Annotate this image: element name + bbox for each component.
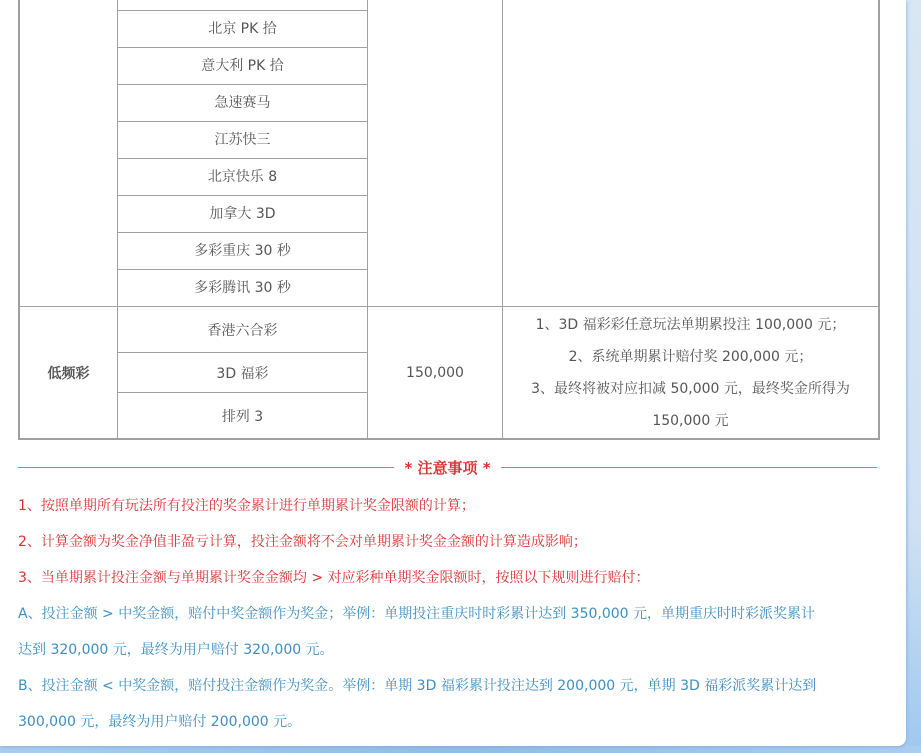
page-background-strip <box>908 0 921 753</box>
notice-item: 1、按照单期所有玩法所有投注的奖金累计进行单期累计奖金限额的计算； <box>18 488 888 524</box>
notice-list: 1、按照单期所有玩法所有投注的奖金累计进行单期累计奖金限额的计算； 2、计算金额… <box>18 488 888 740</box>
low-freq-category-cell: 低频彩 <box>19 307 118 440</box>
description-line: 2、系统单期累计赔付奖 200,000 元； <box>503 341 878 373</box>
description-line: 1、3D 福彩彩任意玩法单期累投注 100,000 元； <box>503 309 878 341</box>
game-cell: 北京快乐 8 <box>118 159 368 196</box>
notice-item: 300,000 元，最终为用户赔付 200,000 元。 <box>18 704 888 740</box>
description-line: 3、最终将被对应扣减 50,000 元，最终奖金所得为 <box>503 373 878 405</box>
notice-heading: * 注意事项 * <box>18 456 877 478</box>
table-row <box>19 0 879 11</box>
game-cell: 江苏快三 <box>118 122 368 159</box>
low-freq-limit-cell: 150,000 <box>368 307 503 440</box>
high-freq-description-cell <box>503 0 880 307</box>
game-cell: 加拿大 3D <box>118 196 368 233</box>
notice-item: B、投注金额 < 中奖金额，赔付投注金额作为奖金。举例：单期 3D 福彩累计投注… <box>18 668 888 704</box>
notice-item: 2、计算金额为奖金净值非盈亏计算，投注金额将不会对单期累计奖金金额的计算造成影响… <box>18 524 888 560</box>
notice-title: * 注意事项 * <box>394 457 500 478</box>
game-cell: 多彩腾讯 30 秒 <box>118 270 368 307</box>
divider-line <box>501 467 877 468</box>
game-cell: 意大利 PK 拾 <box>118 48 368 85</box>
table-row: 低频彩 香港六合彩 150,000 1、3D 福彩彩任意玩法单期累投注 100,… <box>19 307 879 353</box>
low-freq-description-cell: 1、3D 福彩彩任意玩法单期累投注 100,000 元； 2、系统单期累计赔付奖… <box>503 307 880 440</box>
game-cell <box>118 0 368 11</box>
game-cell: 香港六合彩 <box>118 307 368 353</box>
high-freq-category-cell <box>19 0 118 307</box>
description-line: 150,000 元 <box>503 405 878 437</box>
game-cell: 排列 3 <box>118 393 368 440</box>
content-panel: 北京 PK 拾 意大利 PK 拾 急速赛马 江苏快三 北京快乐 8 加拿大 3D… <box>0 0 906 746</box>
game-cell: 多彩重庆 30 秒 <box>118 233 368 270</box>
notice-item: A、投注金额 > 中奖金额，赔付中奖金额作为奖金；举例：单期投注重庆时时彩累计达… <box>18 596 888 632</box>
notice-item: 3、当单期累计投注金额与单期累计奖金金额均 > 对应彩种单期奖金限额时，按照以下… <box>18 560 888 596</box>
notice-item: 达到 320,000 元，最终为用户赔付 320,000 元。 <box>18 632 888 668</box>
game-cell: 北京 PK 拾 <box>118 11 368 48</box>
page-bottom-edge <box>0 746 921 753</box>
game-cell: 3D 福彩 <box>118 353 368 393</box>
prize-limit-table: 北京 PK 拾 意大利 PK 拾 急速赛马 江苏快三 北京快乐 8 加拿大 3D… <box>18 0 880 440</box>
divider-line <box>18 467 394 468</box>
high-freq-limit-cell <box>368 0 503 307</box>
game-cell: 急速赛马 <box>118 85 368 122</box>
